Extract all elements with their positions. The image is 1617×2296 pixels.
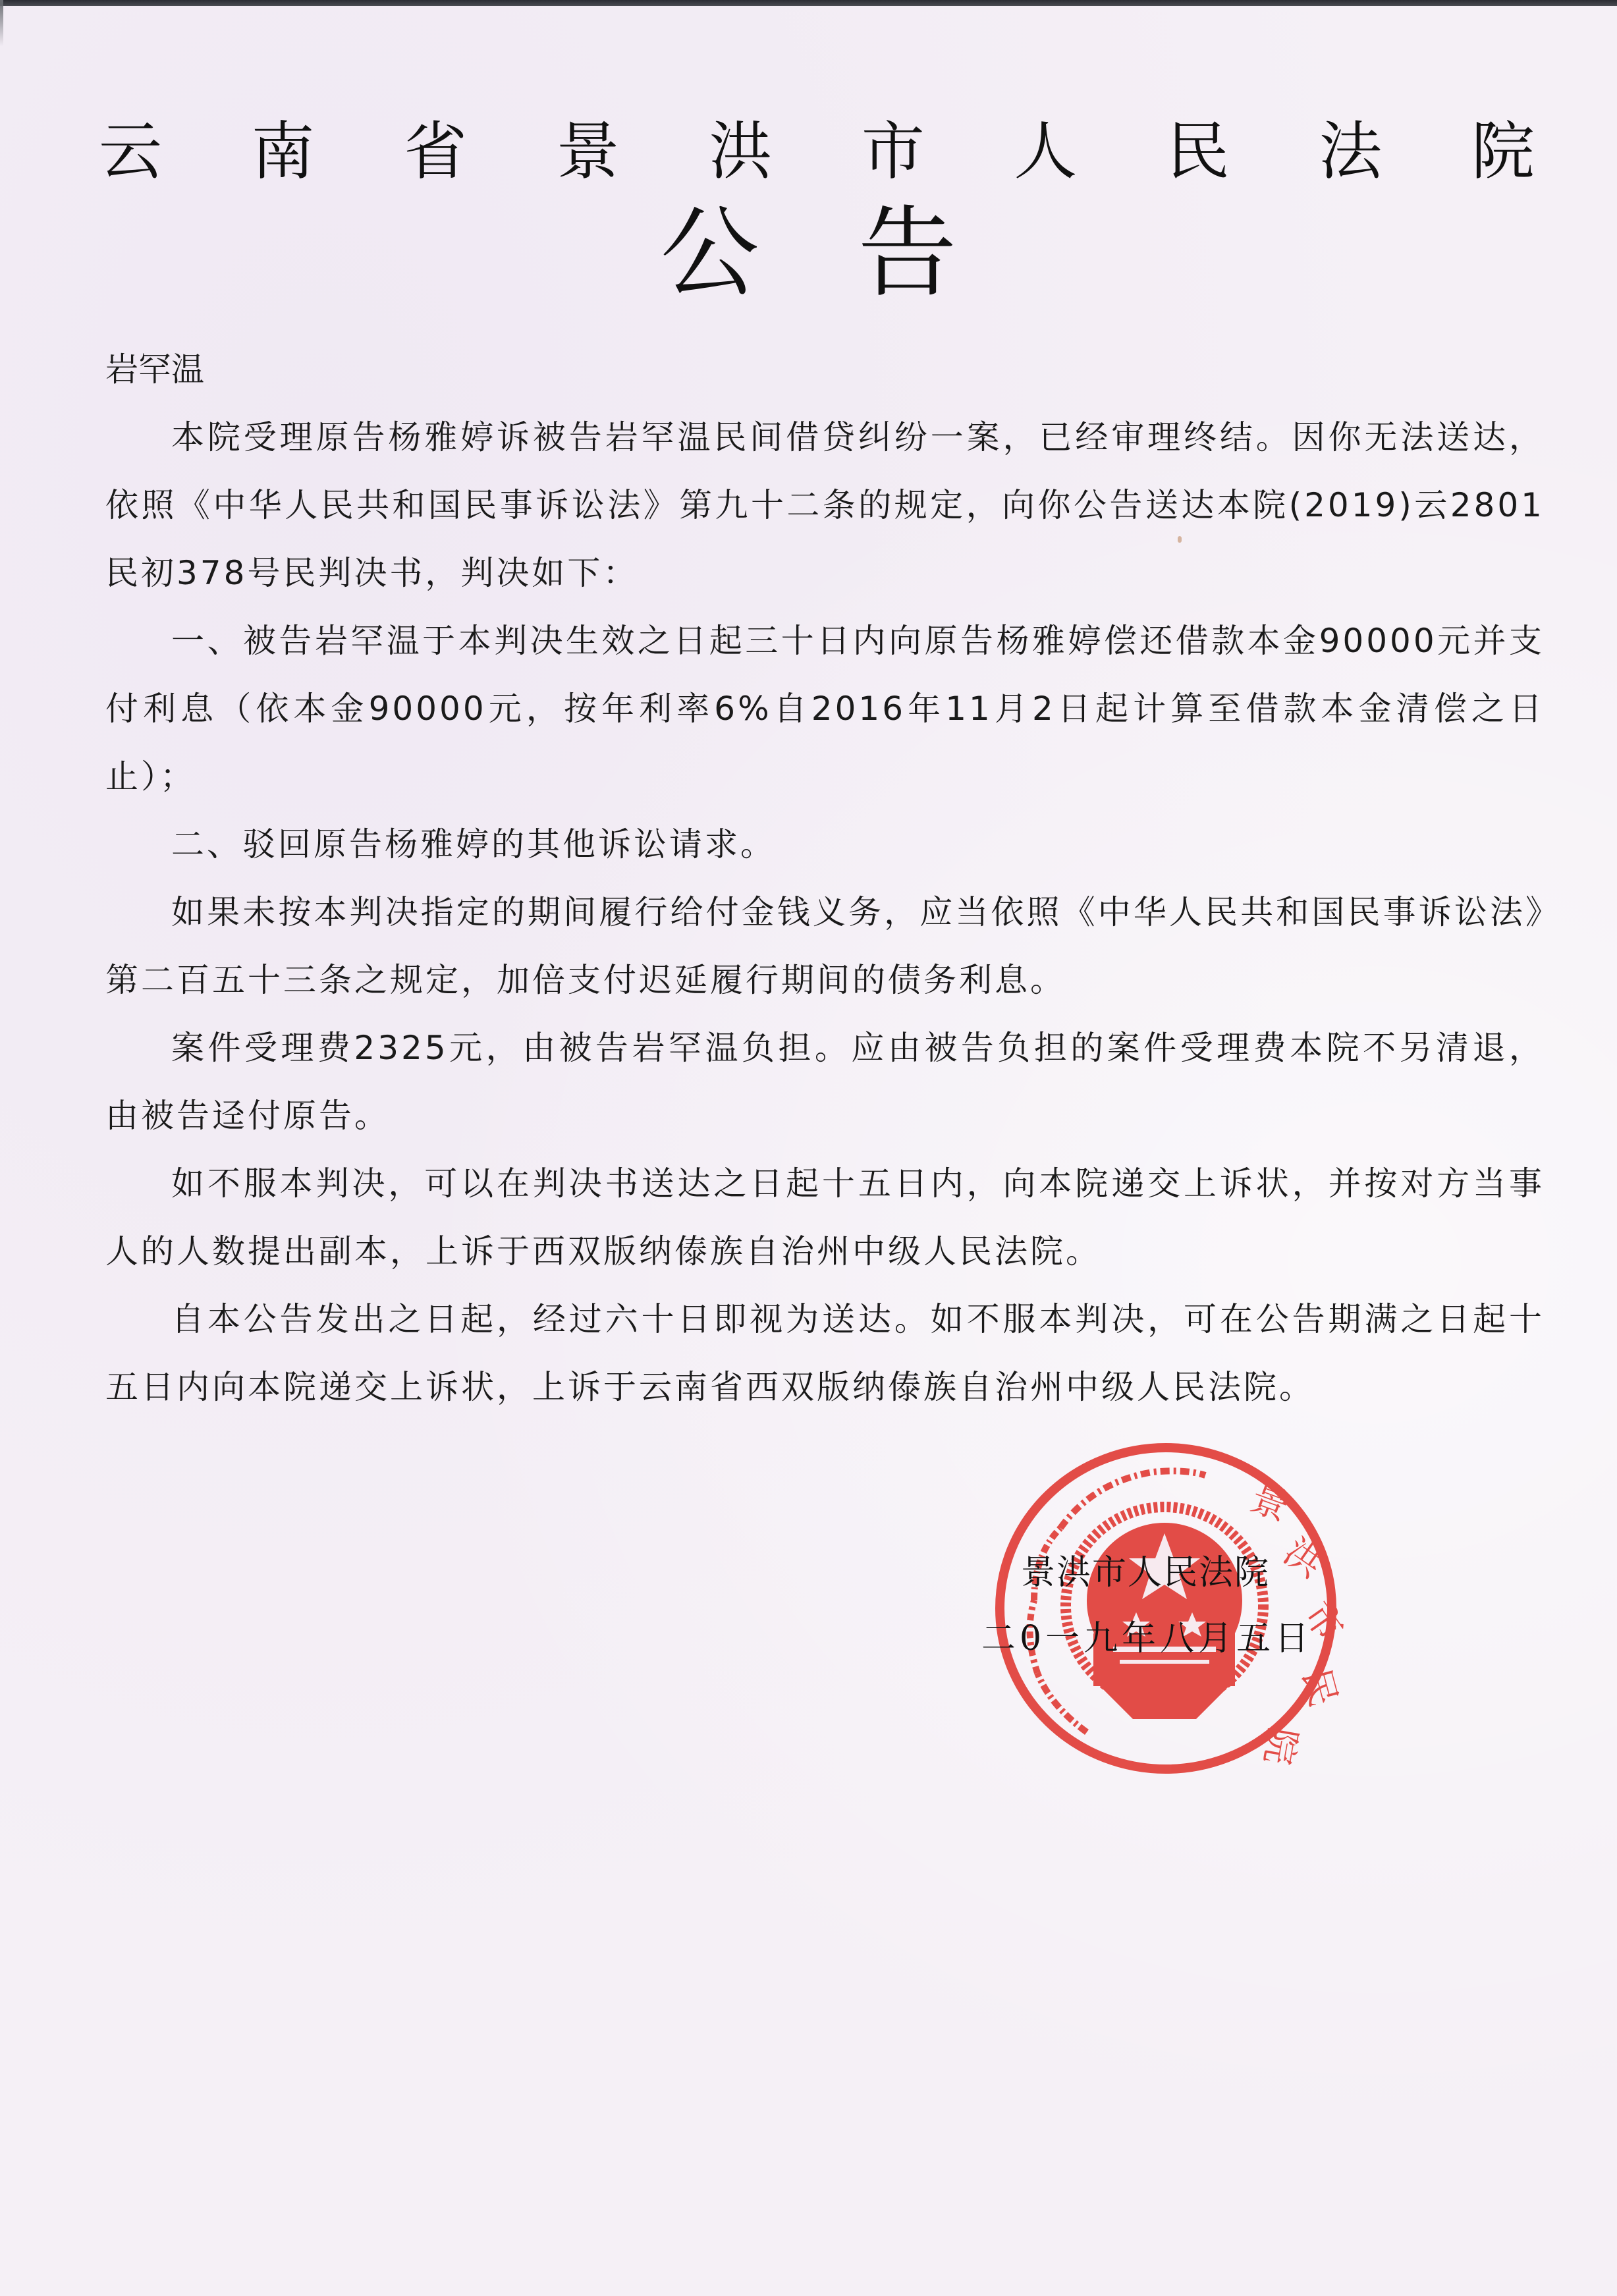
paragraph-late-performance: 如果未按本判决指定的期间履行给付金钱义务，应当依照《中华人民共和国民事诉讼法》第… (105, 879, 1545, 1014)
scan-border-top (0, 0, 1617, 6)
court-name-char: 民 (1166, 112, 1230, 191)
court-name-char: 人 (1014, 112, 1077, 191)
svg-text:景: 景 (1245, 1477, 1294, 1529)
document-title: 公告 (0, 198, 1617, 310)
court-name-char: 云 (99, 112, 162, 191)
signature-block: 景洪市人民法院 二0一九年八月五日 (981, 1540, 1350, 1672)
addressee: 岩罕温 (105, 336, 1545, 404)
court-name-char: 院 (1471, 112, 1535, 191)
paragraph-service-by-notice: 自本公告发出之日起，经过六十日即视为送达。如不服本判决，可在公告期满之日起十五日… (105, 1286, 1545, 1421)
svg-text:院: 院 (1255, 1724, 1304, 1768)
paragraph-appeal-rights: 如不服本判决，可以在判决书送达之日起十五日内，向本院递交上诉状，并按对方当事人的… (105, 1150, 1545, 1286)
paragraph-case-intro: 本院受理原告杨雅婷诉被告岩罕温民间借贷纠纷一案，已经审理终结。因你无法送达，依照… (105, 404, 1545, 607)
court-name-char: 景 (557, 112, 620, 191)
paragraph-judgment-item-1: 一、被告岩罕温于本判决生效之日起三十日内向原告杨雅婷偿还借款本金90000元并支… (105, 607, 1545, 811)
scan-border-left (0, 0, 3, 46)
document-body: 岩罕温 本院受理原告杨雅婷诉被告岩罕温民间借贷纠纷一案，已经审理终结。因你无法送… (105, 336, 1545, 1421)
court-name-char: 法 (1319, 112, 1382, 191)
paragraph-case-fee: 案件受理费2325元，由被告岩罕温负担。应由被告负担的案件受理费本院不另清退，由… (105, 1014, 1545, 1150)
court-name-char: 省 (404, 112, 467, 191)
signing-court: 景洪市人民法院 (981, 1540, 1350, 1606)
signing-date: 二0一九年八月五日 (981, 1606, 1350, 1672)
court-name-header: 云 南 省 景 洪 市 人 民 法 院 (99, 112, 1535, 191)
court-name-char: 市 (862, 112, 925, 191)
court-name-char: 南 (252, 112, 315, 191)
paragraph-judgment-item-2: 二、驳回原告杨雅婷的其他诉讼请求。 (105, 811, 1545, 879)
scan-speck (1178, 536, 1182, 543)
document-page: 云 南 省 景 洪 市 人 民 法 院 公告 岩罕温 本院受理原告杨雅婷诉被告岩… (0, 0, 1617, 2296)
court-name-char: 洪 (709, 112, 772, 191)
